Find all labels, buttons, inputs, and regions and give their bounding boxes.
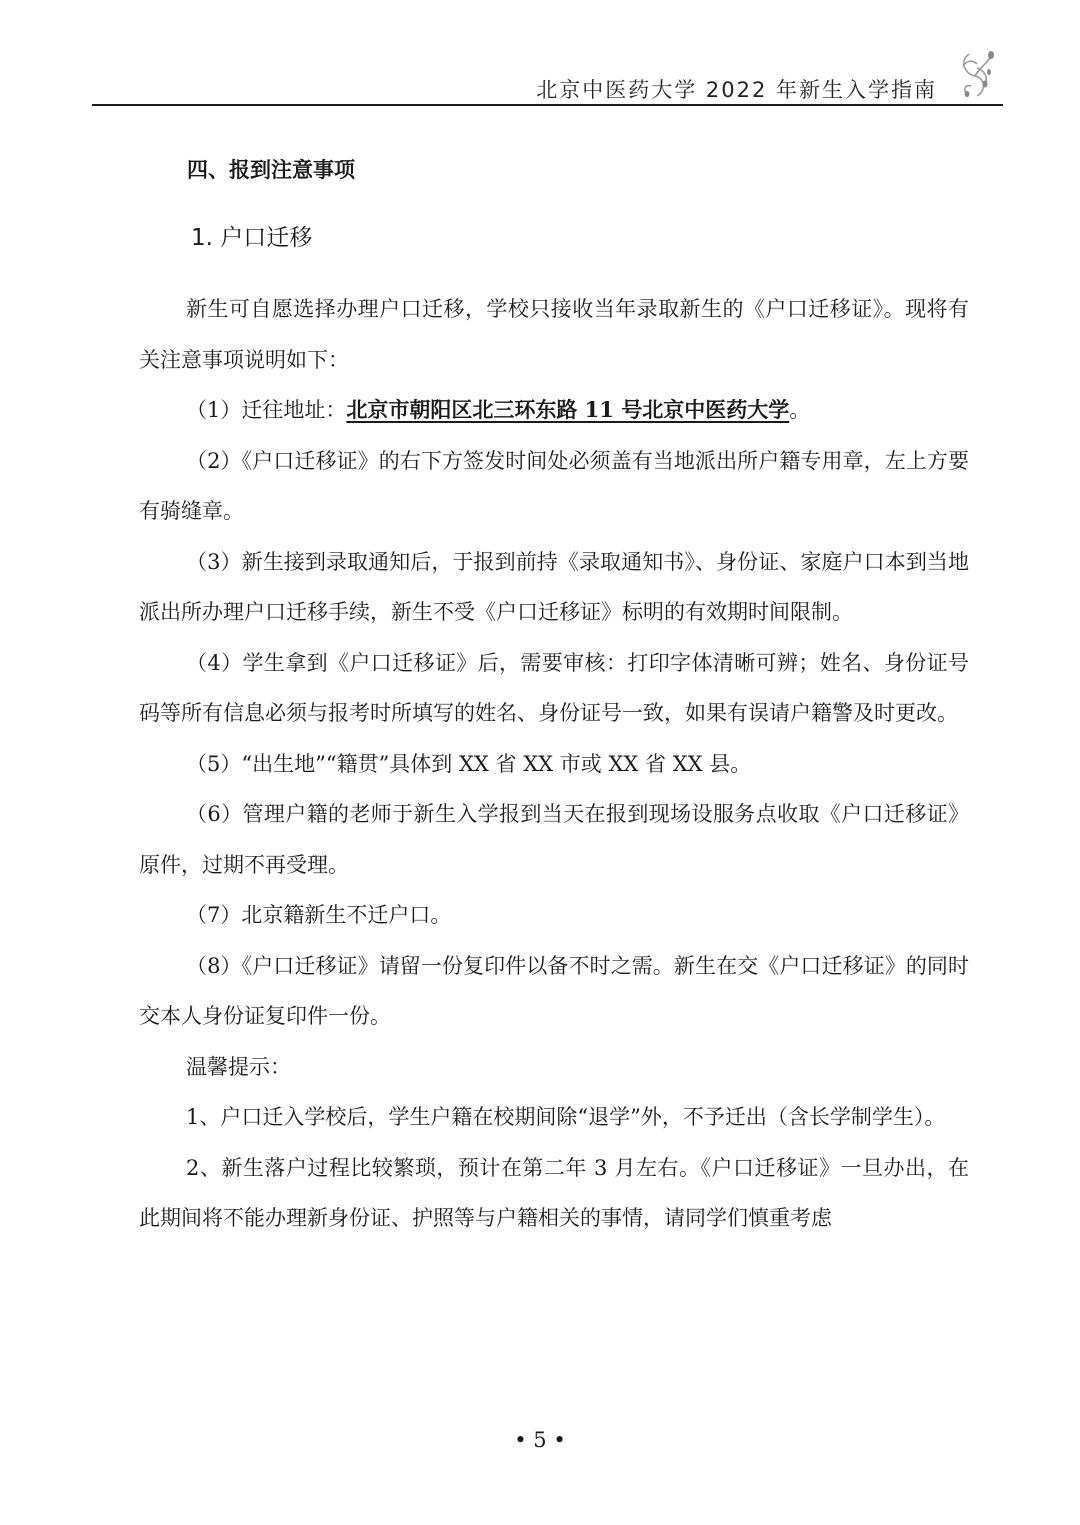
- page-number: • 5 •: [0, 1428, 1080, 1452]
- floral-ornament-icon: [955, 46, 999, 102]
- item-6: （6）管理户籍的老师于新生入学报到当天在报到现场设服务点收取《户口迁移证》原件，…: [139, 789, 969, 890]
- item-1-suffix: 。: [789, 398, 810, 422]
- tip-2: 2、新生落户过程比较繁琐，预计在第二年 3 月左右。《户口迁移证》一旦办出，在此…: [139, 1143, 969, 1244]
- document-body: 新生可自愿选择办理户口迁移，学校只接收当年录取新生的《户口迁移证》。现将有关注意…: [139, 284, 969, 1244]
- intro-paragraph: 新生可自愿选择办理户口迁移，学校只接收当年录取新生的《户口迁移证》。现将有关注意…: [139, 284, 969, 385]
- school-address: 北京市朝阳区北三环东路 11 号北京中医药大学: [346, 397, 789, 422]
- item-1-label: （1）迁往地址：: [186, 398, 346, 422]
- item-4: （4）学生拿到《户口迁移证》后，需要审核：打印字体清晰可辨；姓名、身份证号码等所…: [139, 638, 969, 739]
- item-5: （5）“出生地”“籍贯”具体到 XX 省 XX 市或 XX 省 XX 县。: [139, 739, 969, 790]
- tips-heading: 温馨提示：: [139, 1042, 969, 1093]
- item-7: （7）北京籍新生不迁户口。: [139, 890, 969, 941]
- sub-heading: 1. 户口迁移: [191, 219, 312, 252]
- item-2: （2）《户口迁移证》的右下方签发时间处必须盖有当地派出所户籍专用章，左上方要有骑…: [139, 436, 969, 537]
- header-title: 北京中医药大学 2022 年新生入学指南: [536, 74, 937, 104]
- tip-1: 1、户口迁入学校后，学生户籍在校期间除“退学”外，不予迁出（含长学制学生）。: [139, 1092, 969, 1143]
- item-3: （3）新生接到录取通知后，于报到前持《录取通知书》、身份证、家庭户口本到当地派出…: [139, 537, 969, 638]
- item-8: （8）《户口迁移证》请留一份复印件以备不时之需。新生在交《户口迁移证》的同时交本…: [139, 941, 969, 1042]
- item-1: （1）迁往地址：北京市朝阳区北三环东路 11 号北京中医药大学。: [139, 385, 969, 436]
- section-heading: 四、报到注意事项: [187, 154, 355, 184]
- header-divider: [92, 104, 1003, 106]
- page-header: 北京中医药大学 2022 年新生入学指南: [92, 60, 1003, 106]
